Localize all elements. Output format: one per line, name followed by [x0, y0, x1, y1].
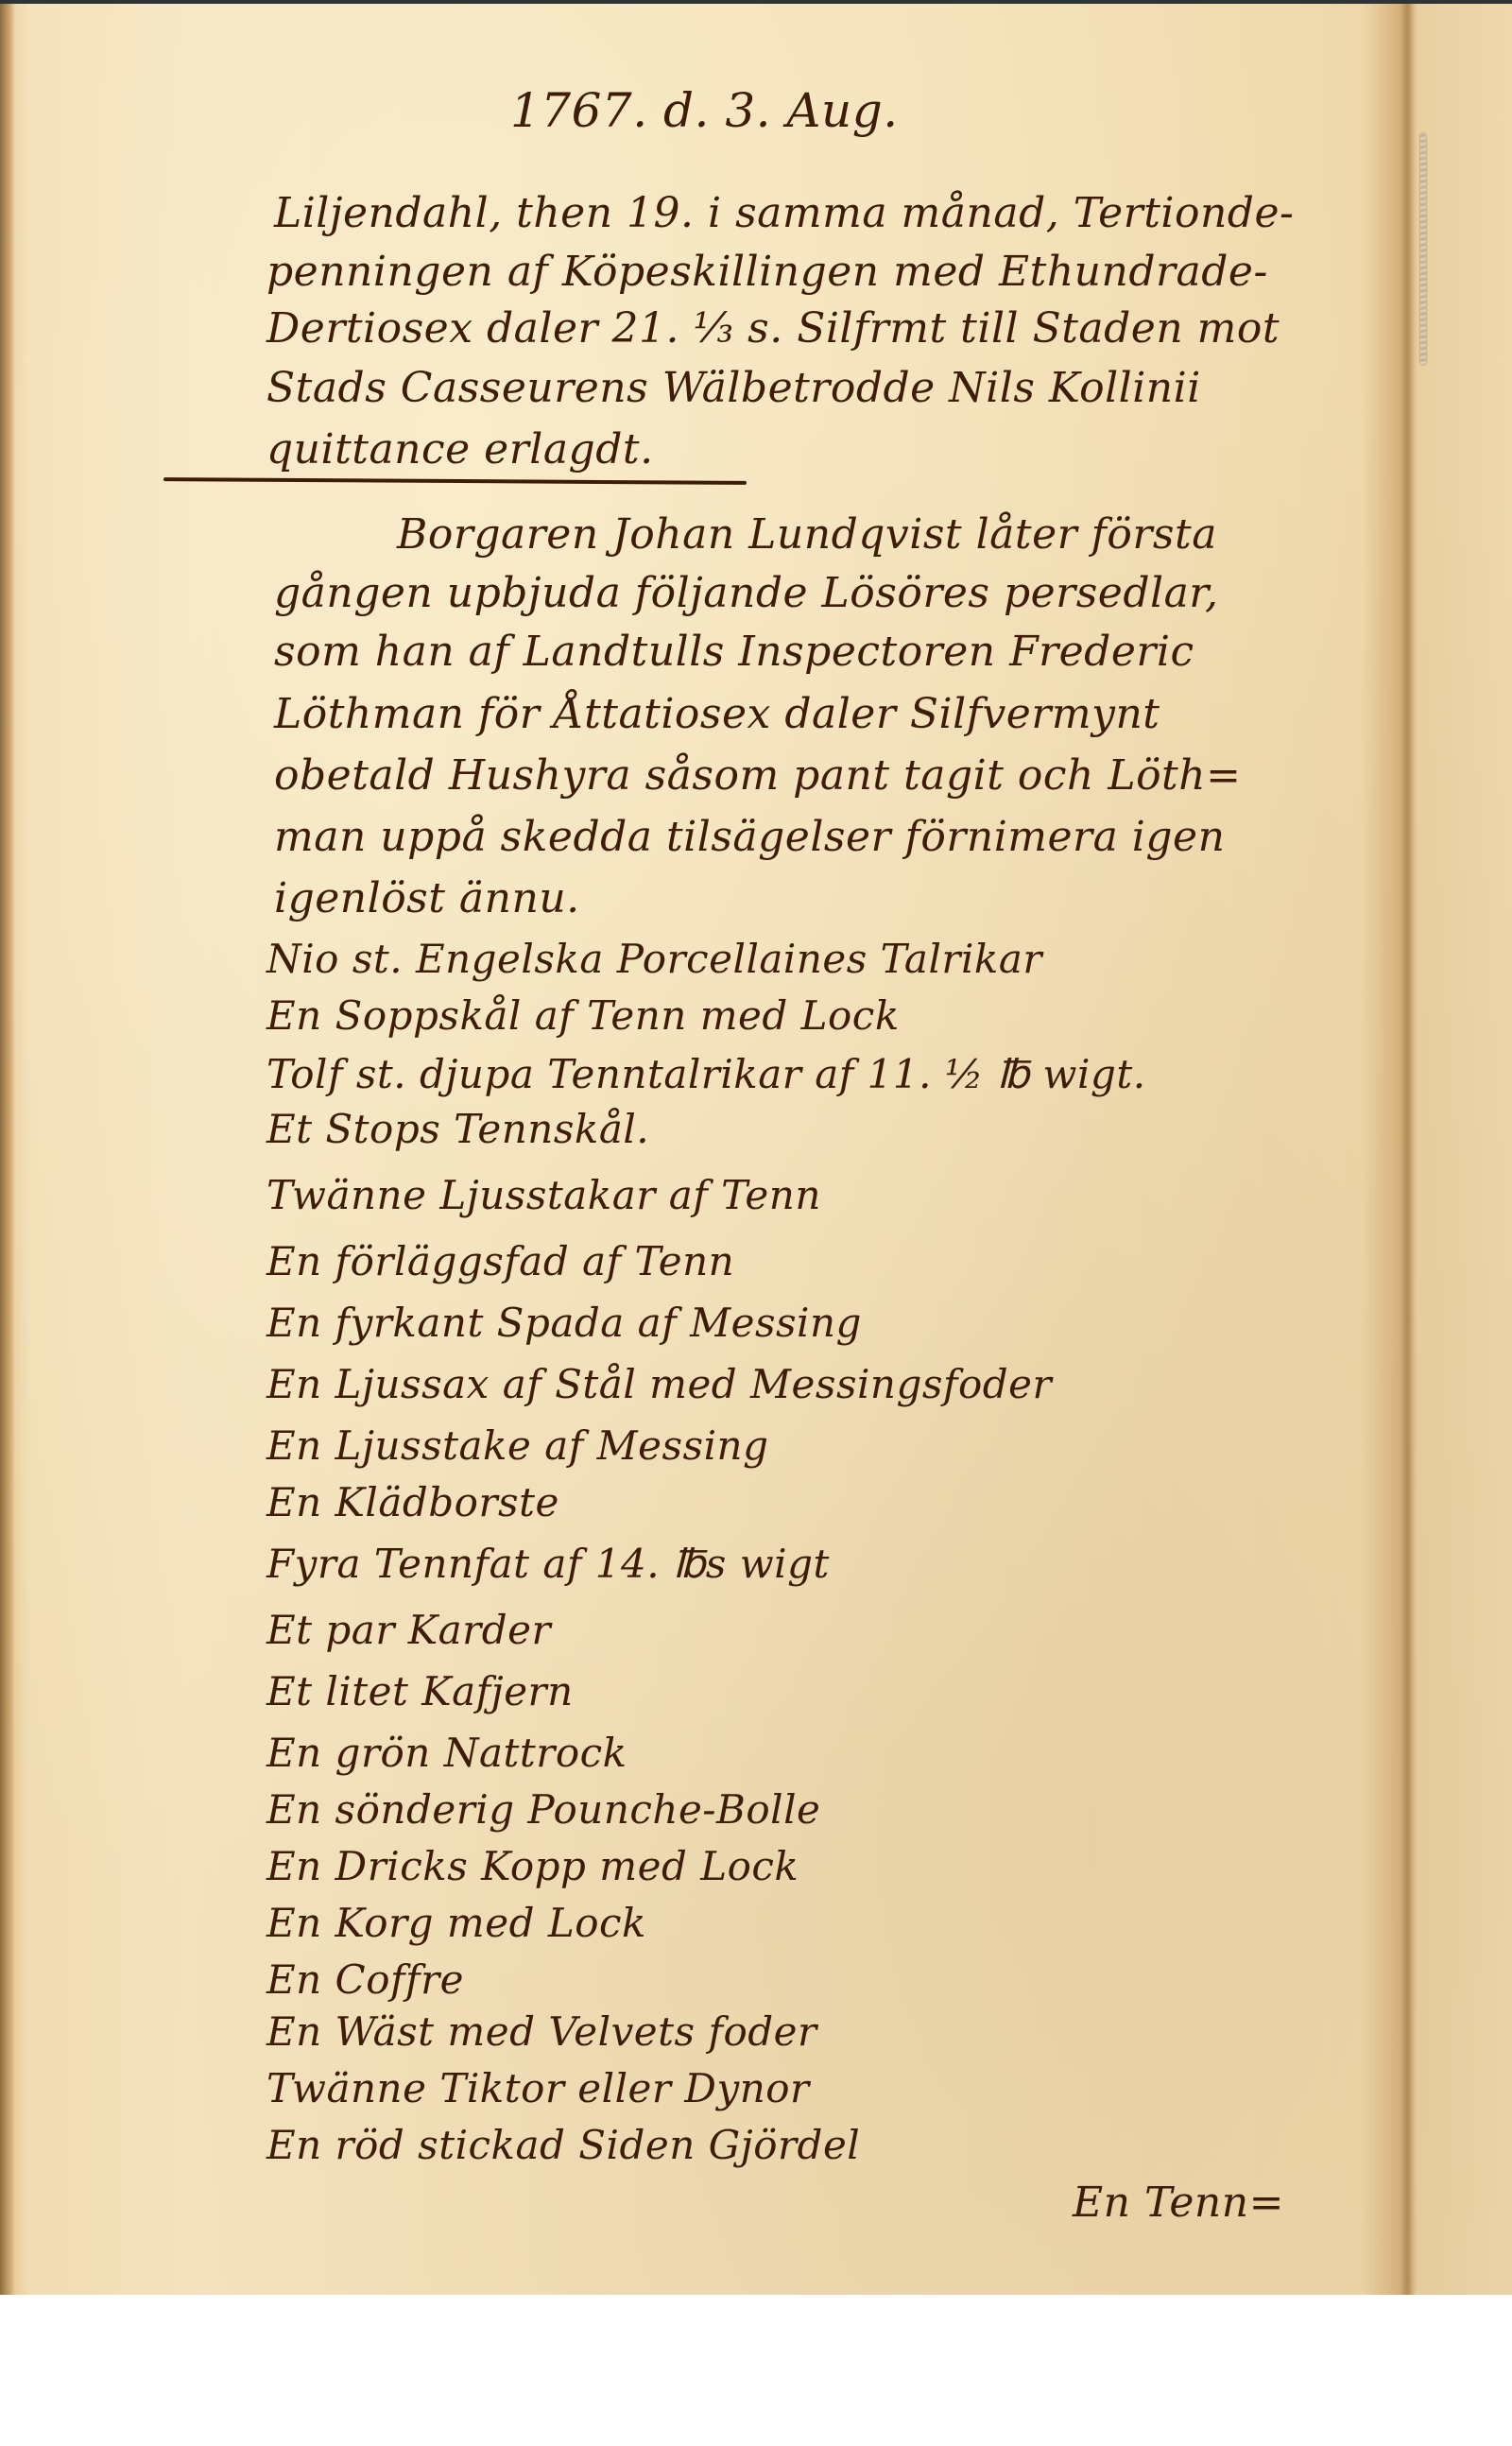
paragraph-2-line-4: Löthman för Åttatiosex daler Silfvermynt	[274, 694, 1160, 735]
inventory-item: Twänne Ljusstakar af Tenn	[266, 1176, 821, 1215]
inventory-item: En Wäst med Velvets foder	[266, 2012, 817, 2052]
paragraph-2-line-2: gången upbjuda följande Lösöres persedla…	[274, 573, 1218, 614]
paragraph-1-line-4: Stads Casseurens Wälbetrodde Nils Kollin…	[266, 368, 1201, 409]
inventory-item: En förläggsfad af Tenn	[266, 1242, 734, 1282]
inventory-item: En Soppskål af Tenn med Lock	[266, 996, 900, 1036]
inventory-item: En Ljusstake af Messing	[266, 1426, 768, 1466]
inventory-item: En Coffre	[266, 1960, 464, 2000]
paragraph-2-line-7: igenlöst ännu.	[274, 878, 580, 920]
page-gutter	[1400, 4, 1414, 2295]
section-divider-rule	[163, 477, 747, 485]
inventory-item: Et litet Kafjern	[266, 1672, 574, 1712]
binding-thread	[1420, 133, 1426, 365]
inventory-item: Et Stops Tennskål.	[266, 1110, 649, 1149]
inventory-item: En Dricks Kopp med Lock	[266, 1847, 799, 1886]
paragraph-2-line-3: som han af Landtulls Inspectoren Frederi…	[274, 631, 1194, 673]
paragraph-1-line-1: Liljendahl, then 19. i samma månad, Tert…	[274, 193, 1294, 234]
catchword: En Tenn=	[1073, 2182, 1284, 2224]
binding-edge	[0, 4, 15, 2295]
paragraph-2-line-6: man uppå skedda tilsägelser förnimera ig…	[274, 817, 1225, 858]
inventory-item: Nio st. Engelska Porcellaines Talrikar	[266, 939, 1042, 979]
manuscript-page-scan: 1767. d. 3. Aug. Liljendahl, then 19. i …	[0, 0, 1512, 2295]
inventory-item: En sönderig Pounche-Bolle	[266, 1790, 820, 1830]
paragraph-1-line-5: quittance erlagdt.	[266, 429, 654, 471]
inventory-item: En Korg med Lock	[266, 1903, 646, 1943]
inventory-item: Et par Karder	[266, 1611, 551, 1650]
paragraph-1-line-3: Dertiosex daler 21. ⅓ s. Silfrmt till St…	[266, 308, 1280, 350]
entry-date: 1767. d. 3. Aug.	[510, 87, 899, 134]
inventory-item: En fyrkant Spada af Messing	[266, 1303, 862, 1343]
inventory-item: Tolf st. djupa Tenntalrikar af 11. ½ ℔ w…	[266, 1055, 1146, 1094]
inventory-item: Fyra Tennfat af 14. ℔s wigt	[266, 1544, 830, 1584]
inventory-item: En Ljussax af Stål med Messingsfoder	[266, 1365, 1052, 1404]
inventory-item: En röd stickad Siden Gjördel	[266, 2126, 860, 2165]
inventory-item: En Klädborste	[266, 1483, 559, 1523]
paragraph-1-line-2: penningen af Köpeskillingen med Ethundra…	[266, 251, 1268, 293]
paragraph-2-line-5: obetald Hushyra såsom pant tagit och Löt…	[274, 755, 1241, 797]
inventory-item: En grön Nattrock	[266, 1733, 627, 1773]
inventory-item: Twänne Tiktor eller Dynor	[266, 2069, 810, 2109]
paragraph-2-line-1: Borgaren Johan Lundqvist låter första	[397, 514, 1217, 556]
blank-margin	[0, 2295, 1512, 2446]
